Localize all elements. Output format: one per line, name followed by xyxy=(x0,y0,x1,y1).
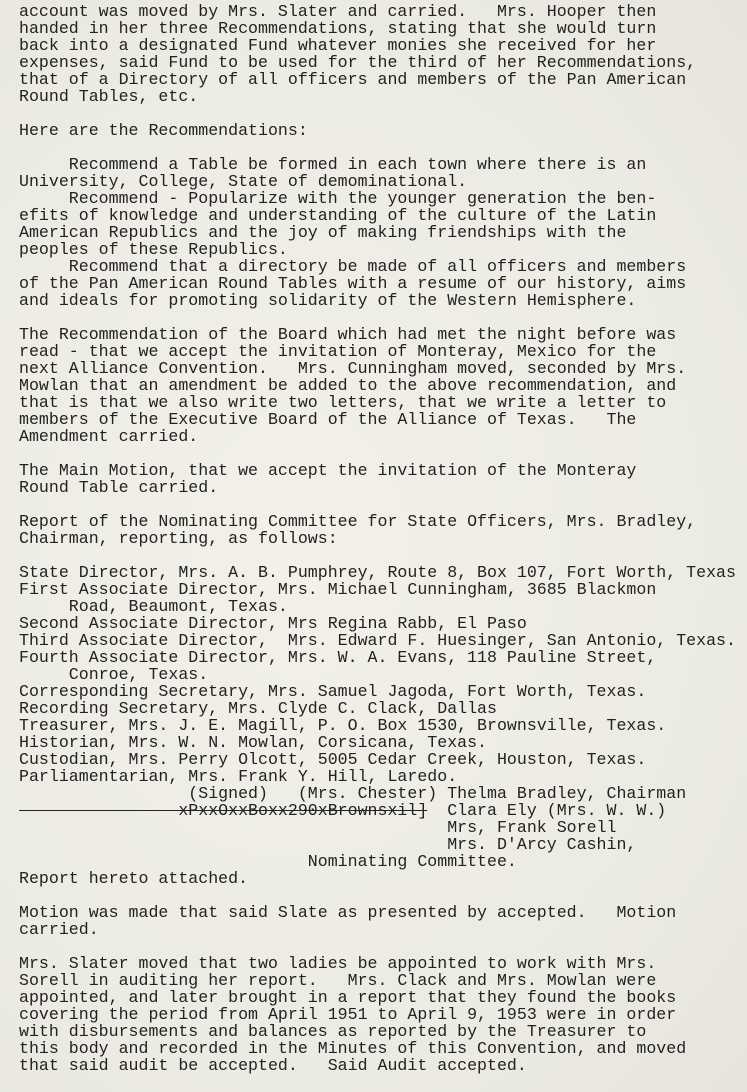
struck-out-text: xPxxOxxBoxx290xBrownsxil] xyxy=(19,802,427,819)
text-line: next Alliance Convention. Mrs. Cunningha… xyxy=(19,360,686,377)
text-line: Round Table carried. xyxy=(19,479,218,496)
text-line: Round Tables, etc. xyxy=(19,88,198,105)
slate-entry: Fourth Associate Director, Mrs. W. A. Ev… xyxy=(19,649,656,666)
text-line: appointed, and later brought in a report… xyxy=(19,989,676,1006)
text-line: Recommend that a directory be made of al… xyxy=(19,258,686,275)
text-line: that said audit be accepted. Said Audit … xyxy=(19,1057,527,1074)
text-line: Recommend a Table be formed in each town… xyxy=(19,156,646,173)
slate-entry-continuation: Road, Beaumont, Texas. xyxy=(19,598,288,615)
text-line: American Republics and the joy of making… xyxy=(19,224,626,241)
slate-entry: State Director, Mrs. A. B. Pumphrey, Rou… xyxy=(19,564,736,581)
text-line: Recommend - Popularize with the younger … xyxy=(19,190,656,207)
text-line: this body and recorded in the Minutes of… xyxy=(19,1040,686,1057)
slate-entry: Historian, Mrs. W. N. Mowlan, Corsicana,… xyxy=(19,734,487,751)
slate-entry-continuation: Conroe, Texas. xyxy=(19,666,208,683)
text-line: read - that we accept the invitation of … xyxy=(19,343,656,360)
text-line: carried. xyxy=(19,921,99,938)
text-line: Mrs. Slater moved that two ladies be app… xyxy=(19,955,656,972)
signature-line: Mrs. D'Arcy Cashin, xyxy=(19,836,636,853)
slate-entry: Treasurer, Mrs. J. E. Magill, P. O. Box … xyxy=(19,717,666,734)
slate-entry: Second Associate Director, Mrs Regina Ra… xyxy=(19,615,527,632)
typewritten-page: account was moved by Mrs. Slater and car… xyxy=(0,0,747,1092)
text-line: covering the period from April 1951 to A… xyxy=(19,1006,676,1023)
text-line: The Recommendation of the Board which ha… xyxy=(19,326,676,343)
text-line: expenses, said Fund to be used for the t… xyxy=(19,54,696,71)
text-line: that is that we also write two letters, … xyxy=(19,394,666,411)
text-line: peoples of these Republics. xyxy=(19,241,288,258)
text-line: that of a Directory of all officers and … xyxy=(19,71,686,88)
text-line: The Main Motion, that we accept the invi… xyxy=(19,462,636,479)
slate-entry: Corresponding Secretary, Mrs. Samuel Jag… xyxy=(19,683,646,700)
section-heading: Here are the Recommendations: xyxy=(19,122,308,139)
text-line: Motion was made that said Slate as prese… xyxy=(19,904,676,921)
text-line: with disbursements and balances as repor… xyxy=(19,1023,646,1040)
slate-entry: Parliamentarian, Mrs. Frank Y. Hill, Lar… xyxy=(19,768,457,785)
text-line: efits of knowledge and understanding of … xyxy=(19,207,656,224)
signature-line: (Signed) (Mrs. Chester) Thelma Bradley, … xyxy=(19,785,686,802)
text-line: members of the Executive Board of the Al… xyxy=(19,411,636,428)
slate-entry: Recording Secretary, Mrs. Clyde C. Clack… xyxy=(19,700,497,717)
slate-entry: Custodian, Mrs. Perry Olcott, 5005 Cedar… xyxy=(19,751,646,768)
text-line: of the Pan American Round Tables with a … xyxy=(19,275,686,292)
slate-entry: First Associate Director, Mrs. Michael C… xyxy=(19,581,656,598)
text-line: and ideals for promoting solidarity of t… xyxy=(19,292,636,309)
text-line: Report of the Nominating Committee for S… xyxy=(19,513,696,530)
text-line: Chairman, reporting, as follows: xyxy=(19,530,338,547)
slate-entry: Third Associate Director, Mrs. Edward F.… xyxy=(19,632,736,649)
text-line: Sorell in auditing her report. Mrs. Clac… xyxy=(19,972,656,989)
text-line: account was moved by Mrs. Slater and car… xyxy=(19,3,656,20)
text-line: University, College, State of demominati… xyxy=(19,173,467,190)
text-line: handed in her three Recommendations, sta… xyxy=(19,20,656,37)
text-line: Report hereto attached. xyxy=(19,870,248,887)
text-line: back into a designated Fund whatever mon… xyxy=(19,37,656,54)
signature-line: Mrs, Frank Sorell xyxy=(19,819,616,836)
committee-label: Nominating Committee. xyxy=(19,853,517,870)
text-line: Mowlan that an amendment be added to the… xyxy=(19,377,676,394)
text-line: Amendment carried. xyxy=(19,428,198,445)
